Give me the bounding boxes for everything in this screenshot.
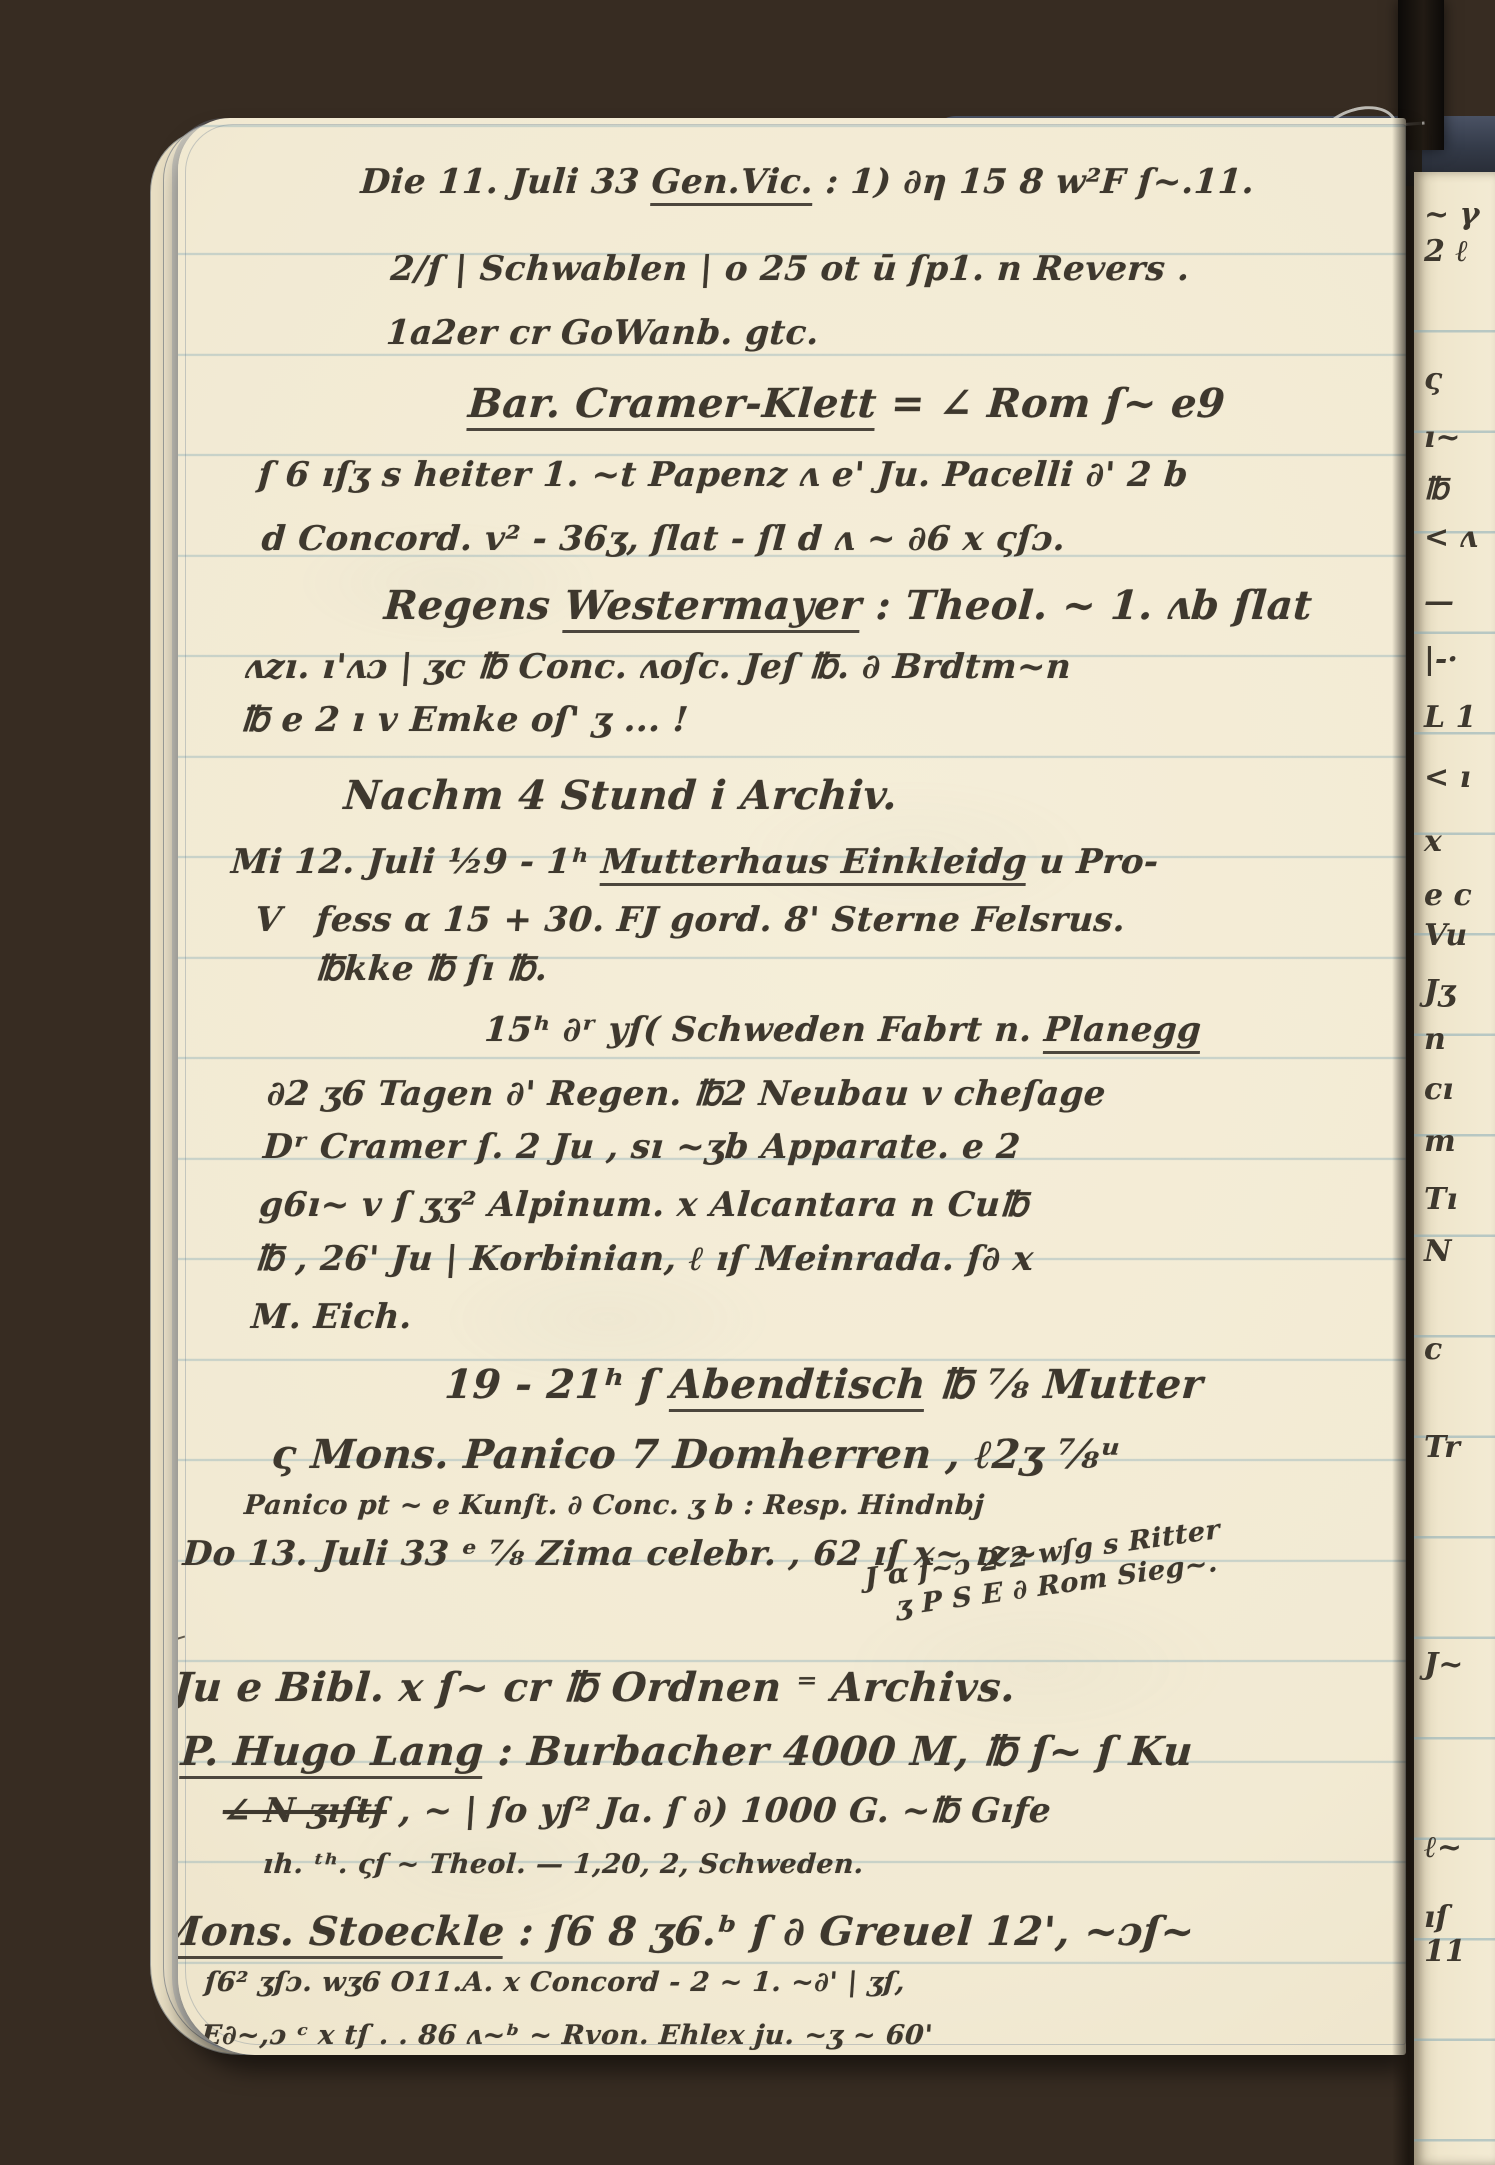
manuscript-line: 19 - 21ʰ ſ Abendtisch ℔ ⅞ Mutter — [443, 1361, 1356, 1410]
manuscript-line: g6ı~ v ſ ʒʒ² Alpinum. x Alcantara n Cu℔ — [258, 1185, 1369, 1226]
manuscript-line: Vfess α 15 + 30. FJ gord. 8' Sterne Fels… — [254, 900, 1389, 941]
manuscript-fragment: < ı — [1424, 760, 1471, 795]
manuscript-fragment: 11 — [1424, 1934, 1466, 1969]
manuscript-line: M. Eich. — [250, 1297, 1361, 1338]
checkmark: V — [254, 900, 284, 941]
manuscript-line: ℔ , 26' Ju | Korbinian, ℓ ıſ Meinrada. ſ… — [254, 1239, 1365, 1280]
manuscript-fragment: Jʒ — [1424, 974, 1455, 1009]
manuscript-fragment: L 1 — [1424, 700, 1476, 735]
manuscript-fragment: Vu — [1424, 918, 1467, 953]
notebook-page-right: α V~ γ2 ℓςı~℔< ʌ—|-·L 1< ıxe cVuJʒncımTı… — [1414, 172, 1495, 2165]
manuscript-line: 1a2er cr GoWanb. gtc. — [385, 313, 1406, 354]
manuscript-line: 2/ſ | Schwablen | o 25 ot ū ſp1. n Rever… — [389, 249, 1406, 290]
manuscript-fragment: Tı — [1424, 1182, 1458, 1217]
manuscript-fragment: J~ — [1424, 1647, 1463, 1682]
notebook-photo: Die 11. Juli 33 Gen.Vic. : 1) ∂η 15 8 w²… — [0, 0, 1495, 2165]
manuscript-fragment: 2 ℓ — [1424, 234, 1468, 269]
manuscript-line: E∂~,ɔ ᶜ x tſ . . 86 ʌ~ᵇ ~ Rvon. Ehlex ju… — [200, 2020, 1310, 2053]
manuscript-fragment: ς — [1424, 362, 1442, 397]
handwritten-text: Die 11. Juli 33 Gen.Vic. : 1) ∂η 15 8 w²… — [178, 118, 1406, 2055]
manuscript-fragment: ıſ — [1424, 1900, 1448, 1935]
manuscript-line: ʌzı. ı'ʌɔ | ʒc ℔ Conc. ʌoſc. Jeſ ℔. ∂ Br… — [243, 647, 1406, 688]
manuscript-fragment: ~ γ — [1424, 197, 1479, 232]
notebook-page-left: Die 11. Juli 33 Gen.Vic. : 1) ∂η 15 8 w²… — [178, 118, 1406, 2055]
manuscript-line: ς Mons. Panico 7 Domherren , ℓ2ʒ ⅞ᵘ — [270, 1431, 1351, 1480]
manuscript-line: d Concord. v² - 36ʒ, ſlat - ſl d ʌ ~ ∂6 … — [260, 519, 1406, 560]
manuscript-line: ℔kke ℔ ſı ℔. — [314, 949, 1385, 990]
manuscript-fragment: N — [1424, 1234, 1451, 1269]
manuscript-line: ∠ N ʒıſtſ , ~ | ſo yſ² Ja. ſ ∂) 1000 G. … — [221, 1791, 1326, 1832]
manuscript-fragment: < ʌ — [1424, 520, 1477, 555]
manuscript-fragment: cı — [1424, 1072, 1454, 1107]
manuscript-line: ∂2 ʒ6 Tagen ∂' Regen. ℔2 Neubau v cheſag… — [266, 1074, 1377, 1115]
manuscript-line: ſ6² ʒſɔ. wʒ6 O11.A. x Concord - 2 ~ 1. ~… — [204, 1967, 1314, 2000]
manuscript-line: ſ 6 ıſʒ s heiter 1. ~t Papenz ʌ e' Ju. P… — [257, 455, 1406, 496]
manuscript-fragment: e c — [1424, 878, 1472, 913]
manuscript-fragment: ı~ — [1424, 420, 1461, 455]
manuscript-line: Regens Westermayer : Theol. ~ 1. ʌb ſlat — [382, 582, 1406, 631]
manuscript-fragment: n — [1424, 1022, 1446, 1057]
manuscript-fragment: c — [1424, 1332, 1442, 1367]
manuscript-line: ℔ e 2 ı v Emke oſ' ʒ ... ! — [240, 700, 1403, 741]
ruled-lines — [1414, 172, 1495, 2165]
manuscript-line: Die 11. Juli 33 Gen.Vic. : 1) ∂η 15 8 w²… — [359, 162, 1406, 203]
manuscript-fragment: x — [1424, 824, 1442, 859]
manuscript-line: Dʳ Cramer ſ. 2 Ju , sı ~ʒb Apparate. e 2 — [262, 1127, 1373, 1168]
manuscript-line: Mi 12. Juli ½9 - 1ʰ Mutterhaus Einkleidg… — [230, 842, 1393, 883]
manuscript-fragment: ℓ~ — [1424, 1830, 1462, 1865]
manuscript-fragment: Tr — [1424, 1430, 1460, 1465]
manuscript-line: 15ʰ ∂ʳ yſ( Schweden Fabrt n. Planegg — [483, 1010, 1381, 1051]
manuscript-line: ıh. ᵗʰ. ςſ ~ Theol. — 1,20, 2, Schweden. — [262, 1849, 1322, 1882]
manuscript-fragment: m — [1424, 1124, 1456, 1159]
manuscript-fragment: |-· — [1424, 642, 1458, 677]
manuscript-fragment: — — [1424, 584, 1454, 619]
manuscript-line: Nachm 4 Stund i Archiv. — [342, 772, 1397, 821]
manuscript-line: J α ſ~ɔ 2 2 wſg s Ritter — [179, 1497, 1341, 1691]
manuscript-line: Mons. Stoeckle : ſ6 8 ʒ6.ᵇ ſ ∂ Greuel 12… — [178, 1908, 1318, 1957]
manuscript-fragment: ℔ — [1424, 472, 1449, 507]
manuscript-line: P. Hugo Lang : Burbacher 4000 M, ℔ ſ~ ſ … — [179, 1728, 1330, 1777]
manuscript-line: Bar. Cramer-Klett = ∠ Rom ſ~ e9 — [467, 380, 1406, 429]
